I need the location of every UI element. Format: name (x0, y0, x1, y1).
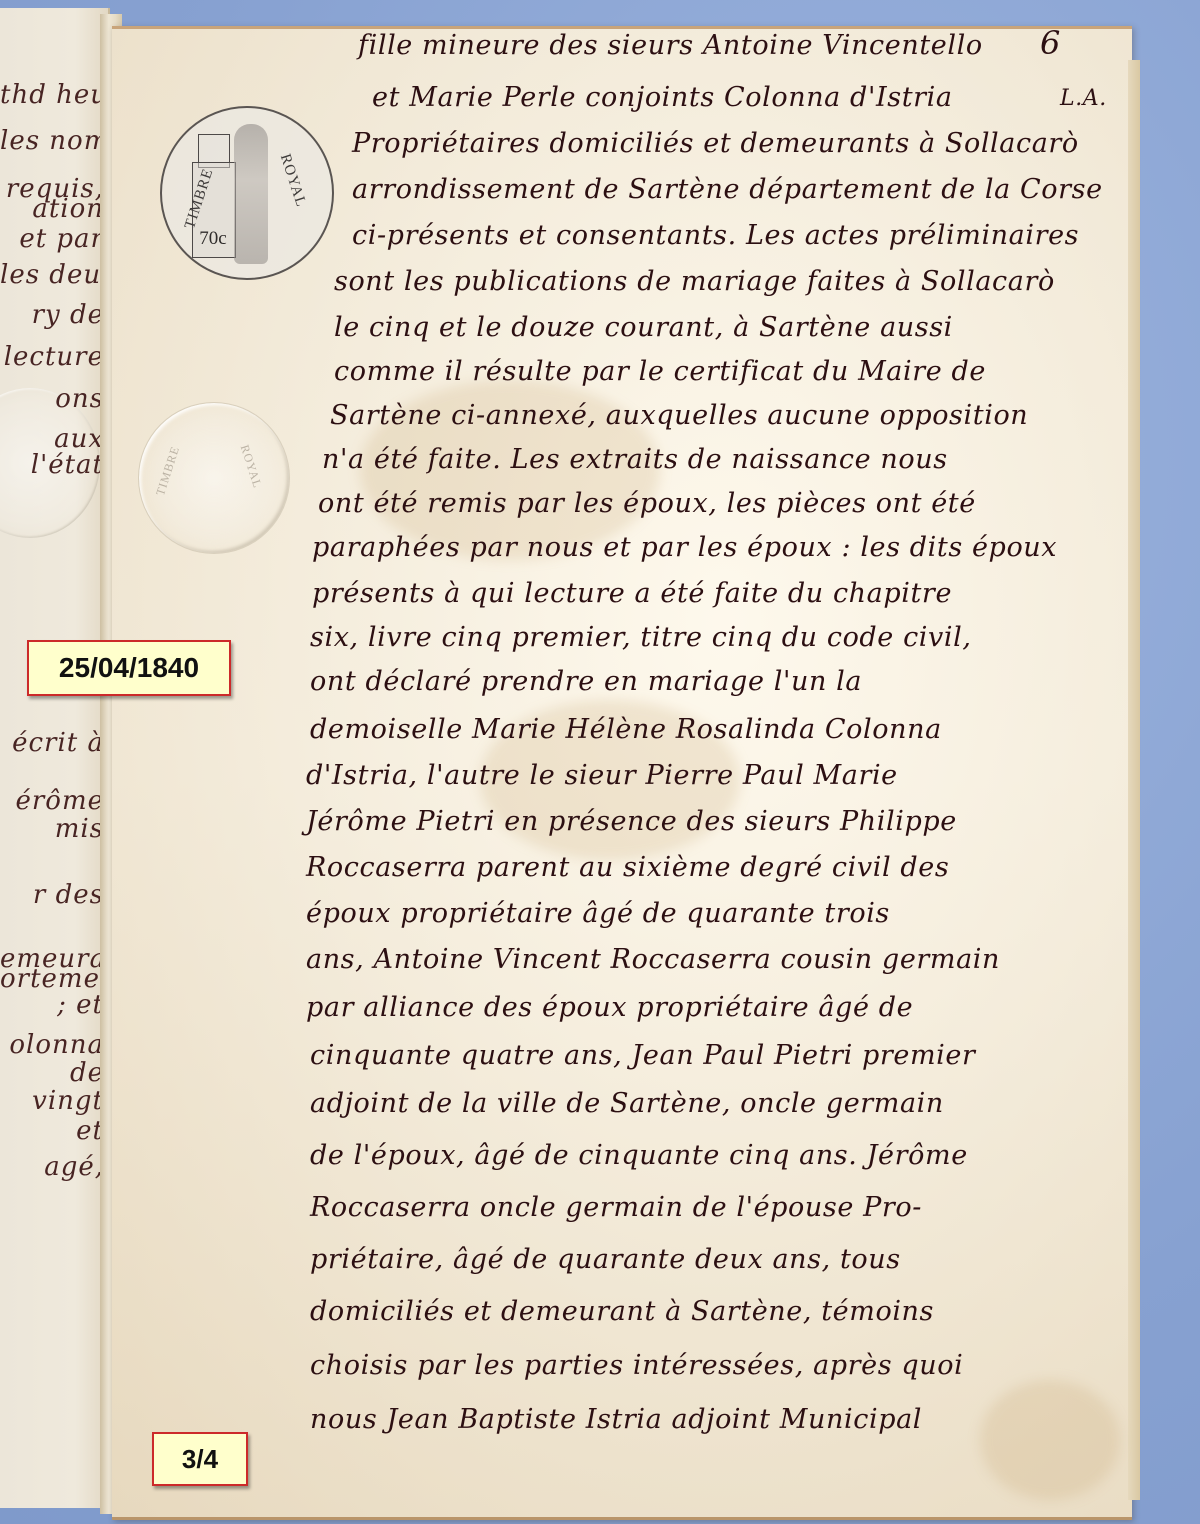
left-fragment: agé, (0, 1152, 104, 1182)
left-fragment: ry de (0, 300, 104, 330)
timbre-royal-ink-stamp: 70c TIMBRE ROYAL (160, 106, 334, 280)
manuscript-line: arrondissement de Sartène département de… (352, 174, 1103, 205)
manuscript-line: Propriétaires domiciliés et demeurants à… (352, 128, 1079, 159)
left-fragment: écrit à (0, 728, 104, 758)
seal-text-left: TIMBRE (153, 444, 183, 497)
manuscript-line: présents à qui lecture a été faite du ch… (312, 578, 952, 609)
page-count-text: 3/4 (182, 1444, 218, 1475)
date-label-text: 25/04/1840 (59, 652, 199, 684)
manuscript-line: sont les publications de mariage faites … (334, 266, 1055, 297)
manuscript-line: Sartène ci-annexé, auxquelles aucune opp… (330, 400, 1028, 431)
manuscript-line: adjoint de la ville de Sartène, oncle ge… (310, 1088, 944, 1119)
page-count-label: 3/4 (152, 1432, 248, 1486)
manuscript-line: cinquante quatre ans, Jean Paul Pietri p… (310, 1040, 976, 1071)
left-fragment: ; et (0, 990, 104, 1020)
manuscript-line: demoiselle Marie Hélène Rosalinda Colonn… (310, 714, 942, 745)
manuscript-line: le cinq et le douze courant, à Sartène a… (334, 312, 953, 343)
manuscript-line: priétaire, âgé de quarante deux ans, tou… (310, 1244, 901, 1275)
stamp-value: 70c (190, 228, 236, 250)
date-label: 25/04/1840 (27, 640, 231, 696)
manuscript-line: ci-présents et consentants. Les actes pr… (352, 220, 1079, 251)
manuscript-line: et Marie Perle conjoints Colonna d'Istri… (372, 82, 953, 113)
left-fragment: ons (0, 384, 104, 414)
left-fragment: et (0, 1116, 104, 1146)
manuscript-line: nous Jean Baptiste Istria adjoint Munici… (310, 1404, 922, 1435)
left-fragment: l'état (0, 450, 104, 480)
left-fragment: érôme (0, 786, 104, 816)
left-fragment: et par (0, 224, 104, 254)
left-fragment: les nommy (0, 126, 104, 156)
left-fragment: mis (0, 814, 104, 844)
manuscript-line: n'a été faite. Les extraits de naissance… (322, 444, 948, 475)
manuscript-line: six, livre cinq premier, titre cinq du c… (310, 622, 972, 653)
manuscript-line: de l'époux, âgé de cinquante cinq ans. J… (310, 1140, 968, 1171)
manuscript-line: ont déclaré prendre en mariage l'un la (310, 666, 862, 697)
page-edge (1128, 60, 1140, 1500)
stamp-text-right: ROYAL (276, 152, 304, 193)
manuscript-line: par alliance des époux propriétaire âgé … (306, 992, 913, 1023)
left-fragment: de (0, 1058, 104, 1088)
timbre-royal-embossed-seal: TIMBRE ROYAL (138, 402, 290, 554)
manuscript-line: Roccaserra parent au sixième degré civil… (306, 852, 949, 883)
manuscript-line: domiciliés et demeurant à Sartène, témoi… (310, 1296, 934, 1327)
left-fragment: les deux (0, 260, 104, 290)
manuscript-line: paraphées par nous et par les époux : le… (312, 532, 1057, 563)
left-fragment: ation (0, 194, 104, 224)
manuscript-line: ans, Antoine Vincent Roccaserra cousin g… (306, 944, 1000, 975)
left-fragment: thd heury (0, 80, 104, 110)
manuscript-line: Roccaserra oncle germain de l'épouse Pro… (310, 1192, 922, 1223)
left-fragment: vingt (0, 1086, 104, 1116)
manuscript-line: choisis par les parties intéressées, apr… (310, 1350, 963, 1381)
manuscript-line: fille mineure des sieurs Antoine Vincent… (358, 30, 983, 61)
left-fragment: olonna (0, 1030, 104, 1060)
manuscript-line: d'Istria, l'autre le sieur Pierre Paul M… (306, 760, 898, 791)
manuscript-line: époux propriétaire âgé de quarante trois (306, 898, 890, 929)
allegorical-figure-icon (234, 124, 268, 264)
left-facing-page: thd heury les nommy requis, ation et par… (0, 8, 110, 1508)
approval-mark-note: L.A. (1060, 86, 1107, 111)
water-stain (980, 1380, 1120, 1500)
manuscript-line: comme il résulte par le certificat du Ma… (334, 356, 986, 387)
manuscript-line: Jérôme Pietri en présence des sieurs Phi… (306, 806, 957, 837)
page-number-note: 6 (1040, 24, 1061, 62)
seal-text-right: ROYAL (237, 443, 265, 490)
left-fragment: r des (0, 880, 104, 910)
manuscript-line: ont été remis par les époux, les pièces … (318, 488, 976, 519)
left-fragment: lecture (0, 342, 104, 372)
